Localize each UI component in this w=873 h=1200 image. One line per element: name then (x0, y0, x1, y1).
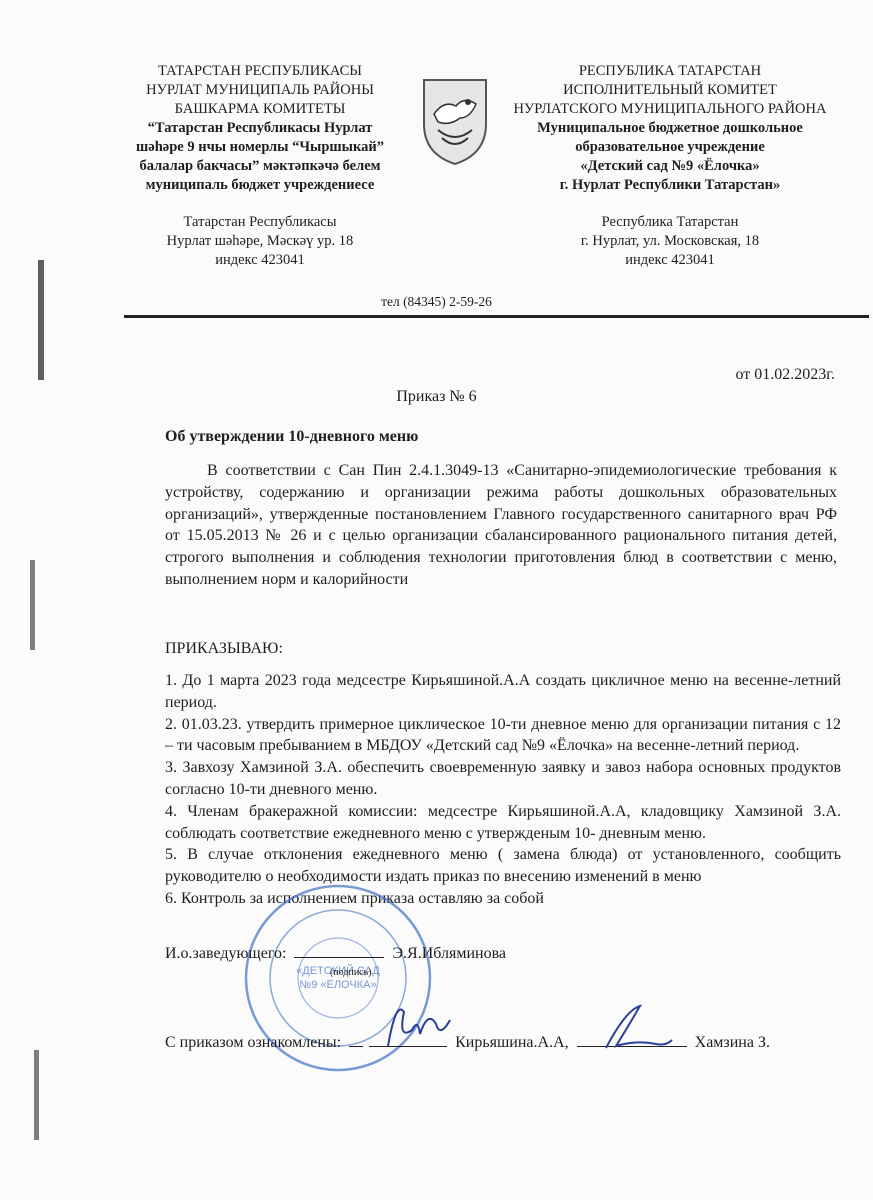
acknowledgement-row: С приказом ознакомлены: Кирьяшина.А.А, Х… (165, 1034, 865, 1052)
order-title: Приказ № 6 (0, 388, 873, 406)
acknowledged-name: Кирьяшина.А.А, (455, 1034, 569, 1051)
header-left-block: ТАТАРСТАН РЕСПУБЛИКАСЫ НУРЛАТ МУНИЦИПАЛЬ… (110, 62, 410, 270)
acknowledgement-label: С приказом ознакомлены: (165, 1034, 341, 1051)
header-left-line: НУРЛАТ МУНИЦИПАЛЬ РАЙОНЫ (110, 81, 410, 100)
order-subject: Об утверждении 10-дневного меню (165, 428, 418, 446)
signature-caption: (подпись) (330, 967, 372, 978)
signatory-role: И.о.заведующего: (165, 945, 286, 962)
header-right-line: РЕСПУБЛИКА ТАТАРСТАН (480, 62, 860, 81)
header-left-line: БАШКАРМА КОМИТЕТЫ (110, 100, 410, 119)
header-left-line: “Татарстан Республикасы Нурлат (110, 119, 410, 138)
header-divider (124, 315, 869, 318)
header-right-line: «Детский сад №9 «Ёлочка» (480, 157, 860, 176)
document-date: от 01.02.2023г. (735, 366, 835, 384)
order-items-list: 1. До 1 марта 2023 года медсестре Кирьяш… (165, 670, 841, 910)
svg-text:№9 «ЁЛОЧКА»: №9 «ЁЛОЧКА» (299, 979, 376, 991)
address-line: Нурлат шәһәре, Мәскәү ур. 18 (110, 232, 410, 251)
header-right-block: РЕСПУБЛИКА ТАТАРСТАН ИСПОЛНИТЕЛЬНЫЙ КОМИ… (480, 62, 860, 270)
order-directive: ПРИКАЗЫВАЮ: (165, 640, 283, 658)
header-right-address: Республика Татарстан г. Нурлат, ул. Моск… (480, 213, 860, 270)
header-left-line: балалар бакчасы” мәктәпкәчә белем (110, 157, 410, 176)
handwritten-signature-icon (586, 1000, 676, 1060)
header-right-line: образовательное учреждение (480, 138, 860, 157)
handwritten-signature-icon (378, 990, 458, 1060)
preamble-paragraph: В соответствии с Сан Пин 2.4.1.3049-13 «… (165, 460, 837, 591)
signature-line (349, 1046, 363, 1047)
address-line: г. Нурлат, ул. Московская, 18 (480, 232, 860, 251)
phone-number: тел (84345) 2-59-26 (0, 294, 873, 310)
order-item: 3. Завхозу Хамзиной З.А. обеспечить свое… (165, 757, 841, 801)
header-left-line: шәһәре 9 нчы номерлы “Чыршыкай” (110, 138, 410, 157)
address-line: индекс 423041 (110, 251, 410, 270)
header-left-line: муниципаль бюджет учреждениесе (110, 176, 410, 195)
header-right-line: ИСПОЛНИТЕЛЬНЫЙ КОМИТЕТ (480, 81, 860, 100)
address-line: Республика Татарстан (480, 213, 860, 232)
acknowledged-name: Хамзина З. (695, 1034, 770, 1051)
order-item: 1. До 1 марта 2023 года медсестре Кирьяш… (165, 670, 841, 714)
address-line: Татарстан Республикасы (110, 213, 410, 232)
signatory-name: Э.Я.Ибляминова (392, 945, 506, 962)
header-right-line: Муниципальное бюджетное дошкольное (480, 119, 860, 138)
order-item: 2. 01.03.23. утвердить примерное цикличе… (165, 714, 841, 758)
header-right-line: НУРЛАТСКОГО МУНИЦИПАЛЬНОГО РАЙОНА (480, 100, 860, 119)
address-line: индекс 423041 (480, 251, 860, 270)
scan-edge-artifacts (0, 0, 60, 1200)
header-right-line: г. Нурлат Республики Татарстан» (480, 176, 860, 195)
order-item: 4. Членам бракеражной комиссии: медсестр… (165, 801, 841, 845)
signature-line (294, 957, 384, 958)
header-left-line: ТАТАРСТАН РЕСПУБЛИКАСЫ (110, 62, 410, 81)
header-left-address: Татарстан Республикасы Нурлат шәһәре, Мә… (110, 213, 410, 270)
signature-row: И.о.заведующего: Э.Я.Ибляминова (165, 945, 765, 963)
